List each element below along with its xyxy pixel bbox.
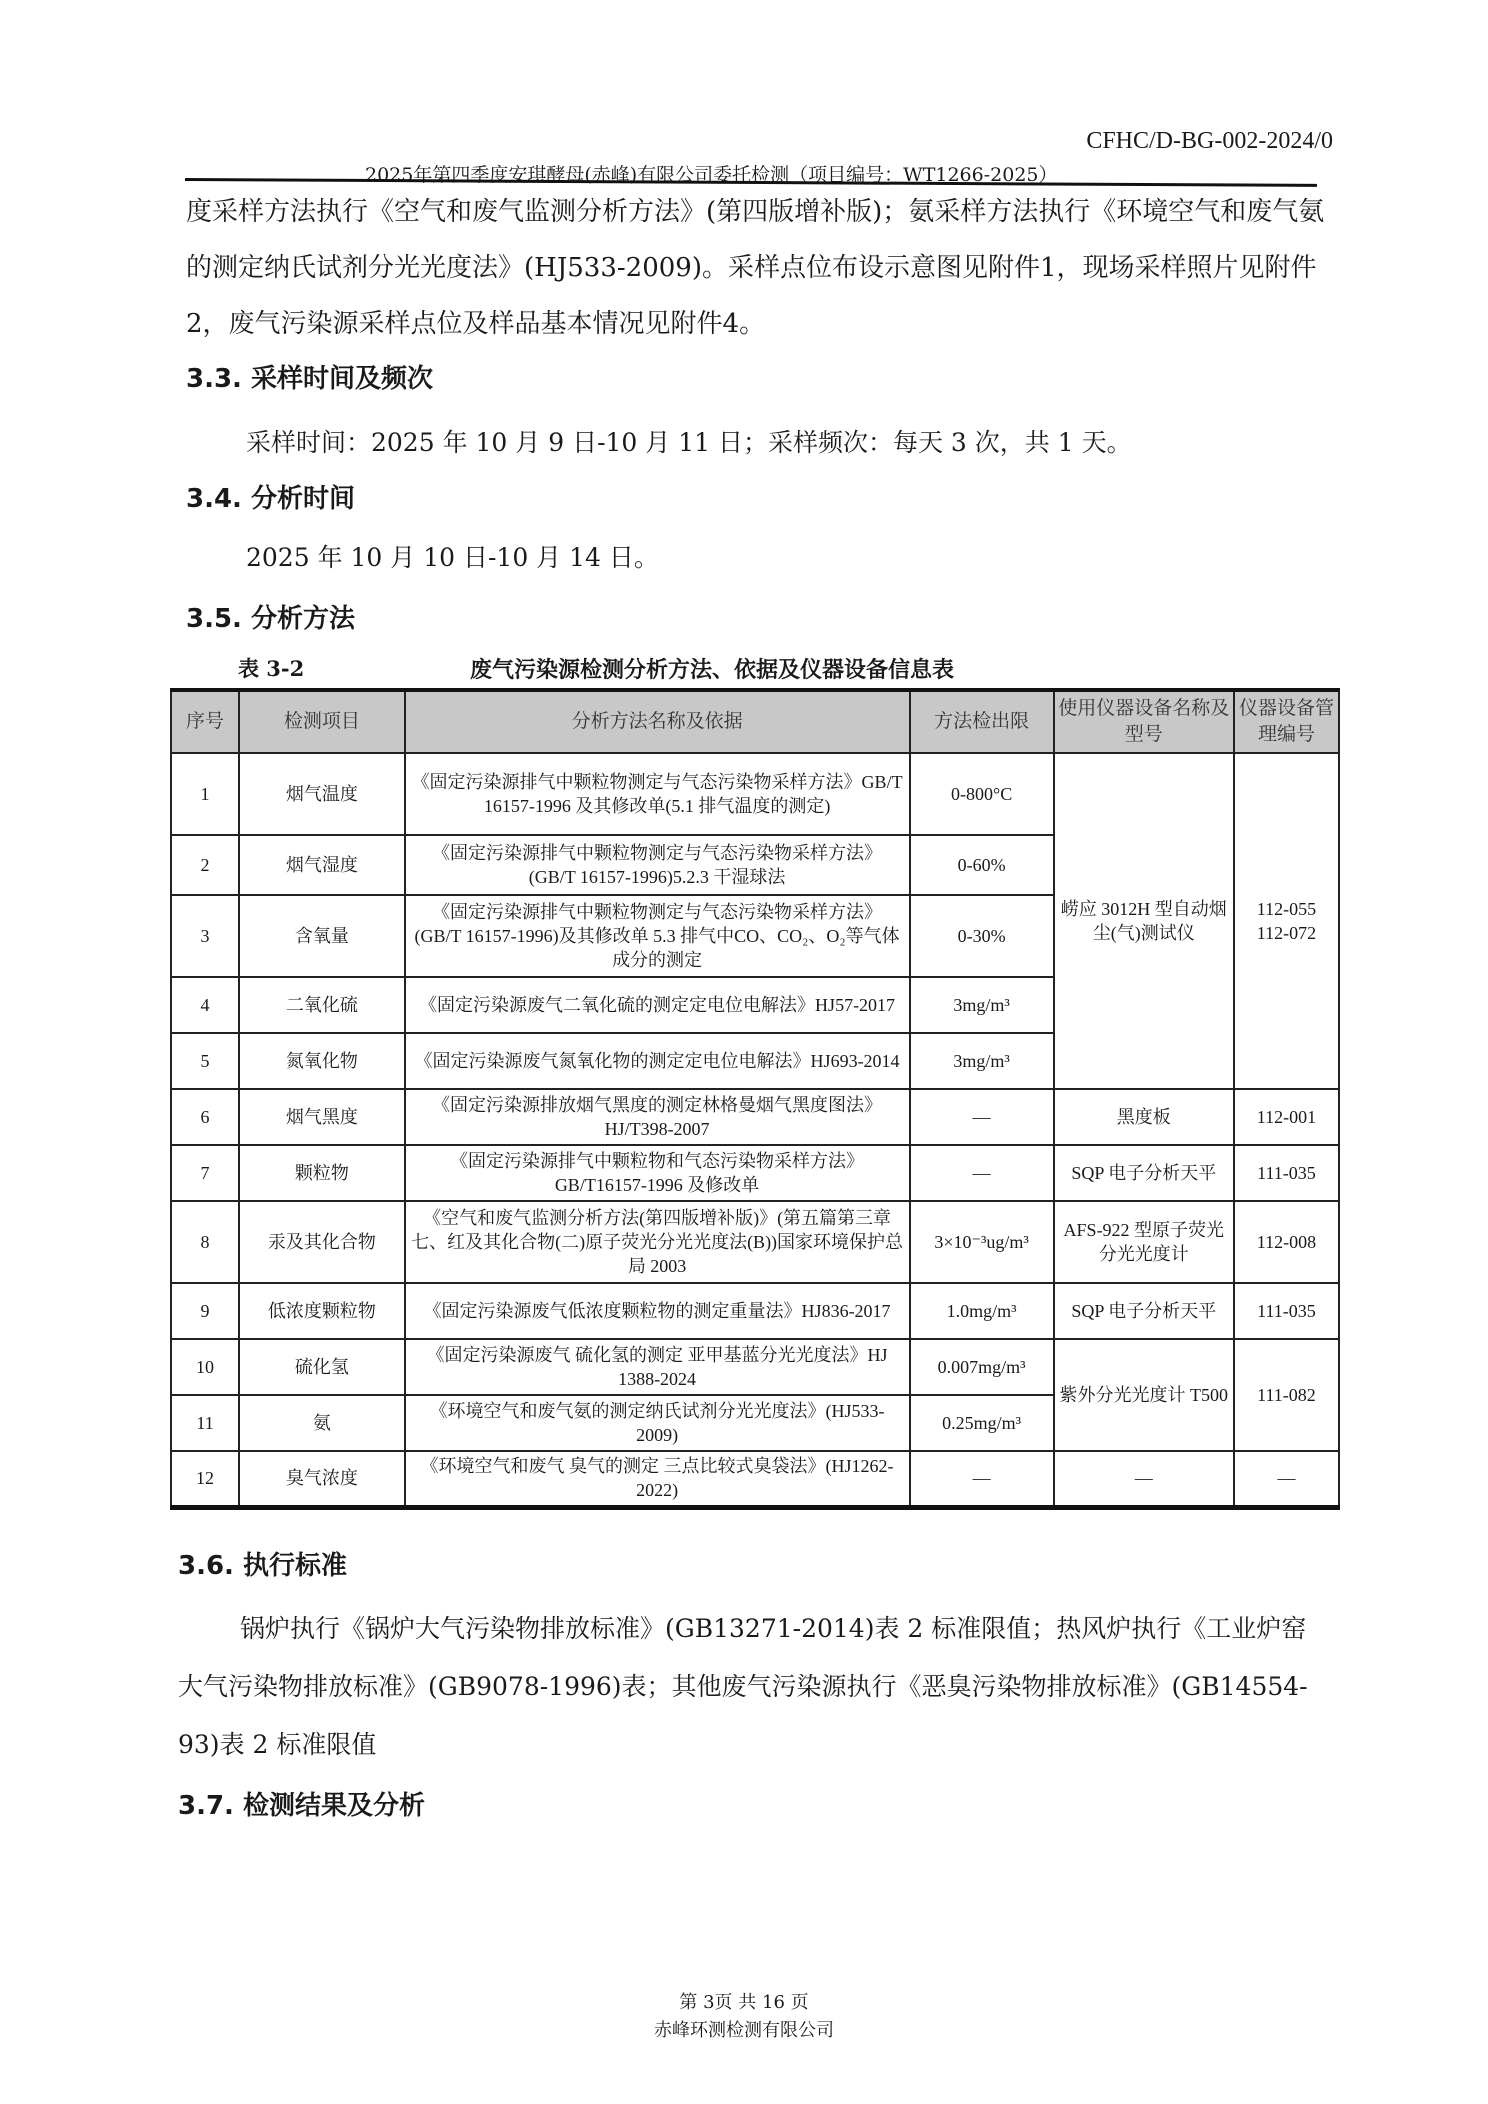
cell-instrument: SQP 电子分析天平 (1054, 1283, 1234, 1339)
col-header-limit: 方法检出限 (910, 690, 1054, 753)
cell-limit: 0-30% (910, 895, 1054, 977)
cell-no: 3 (171, 895, 239, 977)
cell-item: 硫化氢 (239, 1339, 405, 1395)
col-header-item: 检测项目 (239, 690, 405, 753)
cell-limit: 0.007mg/m³ (910, 1339, 1054, 1395)
cell-instrument: SQP 电子分析天平 (1054, 1145, 1234, 1201)
methods-table: 序号 检测项目 分析方法名称及依据 方法检出限 使用仪器设备名称及型号 仪器设备… (170, 688, 1340, 1510)
cell-id: 111-035 (1234, 1145, 1339, 1201)
analysis-time-text: 2025 年 10 月 10 日-10 月 14 日。 (246, 538, 659, 574)
heading-3-4: 3.4. 分析时间 (186, 478, 355, 515)
table-title: 废气污染源检测分析方法、依据及仪器设备信息表 (470, 653, 954, 684)
heading-3-7: 3.7. 检测结果及分析 (178, 1785, 425, 1822)
cell-limit: 3×10⁻³ug/m³ (910, 1201, 1054, 1283)
table-caption: 表 3-2 (238, 653, 304, 683)
cell-no: 2 (171, 835, 239, 895)
heading-3-6: 3.6. 执行标准 (178, 1545, 347, 1582)
cell-method: 《固定污染源排气中颗粒物测定与气态污染物采样方法》GB/T 16157-1996… (405, 753, 910, 835)
heading-3-5: 3.5. 分析方法 (186, 598, 355, 635)
cell-no: 11 (171, 1395, 239, 1451)
cell-method: 《固定污染源排气中颗粒物和气态污染物采样方法》GB/T16157-1996 及修… (405, 1145, 910, 1201)
cell-instrument: AFS-922 型原子荧光分光光度计 (1054, 1201, 1234, 1283)
cell-no: 1 (171, 753, 239, 835)
cell-no: 8 (171, 1201, 239, 1283)
cell-id: 111-082 (1234, 1339, 1339, 1451)
cell-limit: — (910, 1089, 1054, 1145)
footer-page-number: 第 3页 共 16 页 (0, 1988, 1488, 2014)
heading-3-3: 3.3. 采样时间及频次 (186, 358, 433, 395)
cell-item: 氮氧化物 (239, 1033, 405, 1089)
cell-item: 颗粒物 (239, 1145, 405, 1201)
cell-limit: 3mg/m³ (910, 1033, 1054, 1089)
cell-limit: — (910, 1145, 1054, 1201)
cell-limit: — (910, 1451, 1054, 1507)
cell-method: 《环境空气和废气 臭气的测定 三点比较式臭袋法》(HJ1262-2022) (405, 1451, 910, 1507)
cell-item: 二氧化硫 (239, 977, 405, 1033)
table-row: 8 汞及其化合物 《空气和废气监测分析方法(第四版增补版)》(第五篇第三章七、红… (171, 1201, 1339, 1283)
cell-item: 低浓度颗粒物 (239, 1283, 405, 1339)
intro-paragraph: 度采样方法执行《空气和废气监测分析方法》(第四版增补版)；氨采样方法执行《环境空… (186, 184, 1326, 352)
sampling-time-text: 采样时间：2025 年 10 月 9 日-10 月 11 日；采样频次：每天 3… (246, 423, 1132, 459)
col-header-no: 序号 (171, 690, 239, 753)
cell-item: 臭气浓度 (239, 1451, 405, 1507)
table-row: 7 颗粒物 《固定污染源排气中颗粒物和气态污染物采样方法》GB/T16157-1… (171, 1145, 1339, 1201)
table-row: 9 低浓度颗粒物 《固定污染源废气低浓度颗粒物的测定重量法》HJ836-2017… (171, 1283, 1339, 1339)
cell-id: 112-055 112-072 (1234, 753, 1339, 1089)
cell-item: 烟气黑度 (239, 1089, 405, 1145)
cell-limit: 1.0mg/m³ (910, 1283, 1054, 1339)
table-header-row: 序号 检测项目 分析方法名称及依据 方法检出限 使用仪器设备名称及型号 仪器设备… (171, 690, 1339, 753)
cell-item: 汞及其化合物 (239, 1201, 405, 1283)
cell-limit: 3mg/m³ (910, 977, 1054, 1033)
cell-limit: 0-800°C (910, 753, 1054, 835)
cell-instrument: 崂应 3012H 型自动烟尘(气)测试仪 (1054, 753, 1234, 1089)
cell-no: 5 (171, 1033, 239, 1089)
table-row: 10 硫化氢 《固定污染源废气 硫化氢的测定 亚甲基蓝分光光度法》HJ 1388… (171, 1339, 1339, 1395)
cell-item: 氨 (239, 1395, 405, 1451)
cell-no: 7 (171, 1145, 239, 1201)
cell-method: 《固定污染源废气低浓度颗粒物的测定重量法》HJ836-2017 (405, 1283, 910, 1339)
cell-id: 111-035 (1234, 1283, 1339, 1339)
cell-method: 《固定污染源废气氮氧化物的测定定电位电解法》HJ693-2014 (405, 1033, 910, 1089)
cell-limit: 0.25mg/m³ (910, 1395, 1054, 1451)
cell-item: 烟气湿度 (239, 835, 405, 895)
col-header-instrument: 使用仪器设备名称及型号 (1054, 690, 1234, 753)
cell-id: — (1234, 1451, 1339, 1507)
col-header-method: 分析方法名称及依据 (405, 690, 910, 753)
cell-item: 烟气温度 (239, 753, 405, 835)
cell-instrument: — (1054, 1451, 1234, 1507)
standards-text: 锅炉执行《锅炉大气污染物排放标准》(GB13271-2014)表 2 标准限值；… (178, 1600, 1328, 1774)
cell-instrument: 黑度板 (1054, 1089, 1234, 1145)
doc-code: CFHC/D-BG-002-2024/0 (1086, 128, 1333, 155)
table-row: 1 烟气温度 《固定污染源排气中颗粒物测定与气态污染物采样方法》GB/T 161… (171, 753, 1339, 835)
cell-id: 112-008 (1234, 1201, 1339, 1283)
footer-company: 赤峰环测检测有限公司 (0, 2016, 1488, 2042)
cell-no: 4 (171, 977, 239, 1033)
cell-no: 6 (171, 1089, 239, 1145)
cell-no: 12 (171, 1451, 239, 1507)
cell-no: 10 (171, 1339, 239, 1395)
cell-method: 《环境空气和废气氨的测定纳氏试剂分光光度法》(HJ533-2009) (405, 1395, 910, 1451)
cell-item: 含氧量 (239, 895, 405, 977)
cell-method: 《固定污染源废气 硫化氢的测定 亚甲基蓝分光光度法》HJ 1388-2024 (405, 1339, 910, 1395)
cell-method: 《固定污染源排气中颗粒物测定与气态污染物采样方法》(GB/T 16157-199… (405, 835, 910, 895)
table-row: 12 臭气浓度 《环境空气和废气 臭气的测定 三点比较式臭袋法》(HJ1262-… (171, 1451, 1339, 1507)
cell-method: 《固定污染源废气二氧化硫的测定定电位电解法》HJ57-2017 (405, 977, 910, 1033)
cell-method: 《固定污染源排放烟气黑度的测定林格曼烟气黑度图法》HJ/T398-2007 (405, 1089, 910, 1145)
cell-method: 《空气和废气监测分析方法(第四版增补版)》(第五篇第三章七、红及其化合物(二)原… (405, 1201, 910, 1283)
table-row: 6 烟气黑度 《固定污染源排放烟气黑度的测定林格曼烟气黑度图法》HJ/T398-… (171, 1089, 1339, 1145)
col-header-id: 仪器设备管理编号 (1234, 690, 1339, 753)
cell-limit: 0-60% (910, 835, 1054, 895)
cell-no: 9 (171, 1283, 239, 1339)
cell-method: 《固定污染源排气中颗粒物测定与气态污染物采样方法》(GB/T 16157-199… (405, 895, 910, 977)
cell-id: 112-001 (1234, 1089, 1339, 1145)
cell-instrument: 紫外分光光度计 T500 (1054, 1339, 1234, 1451)
